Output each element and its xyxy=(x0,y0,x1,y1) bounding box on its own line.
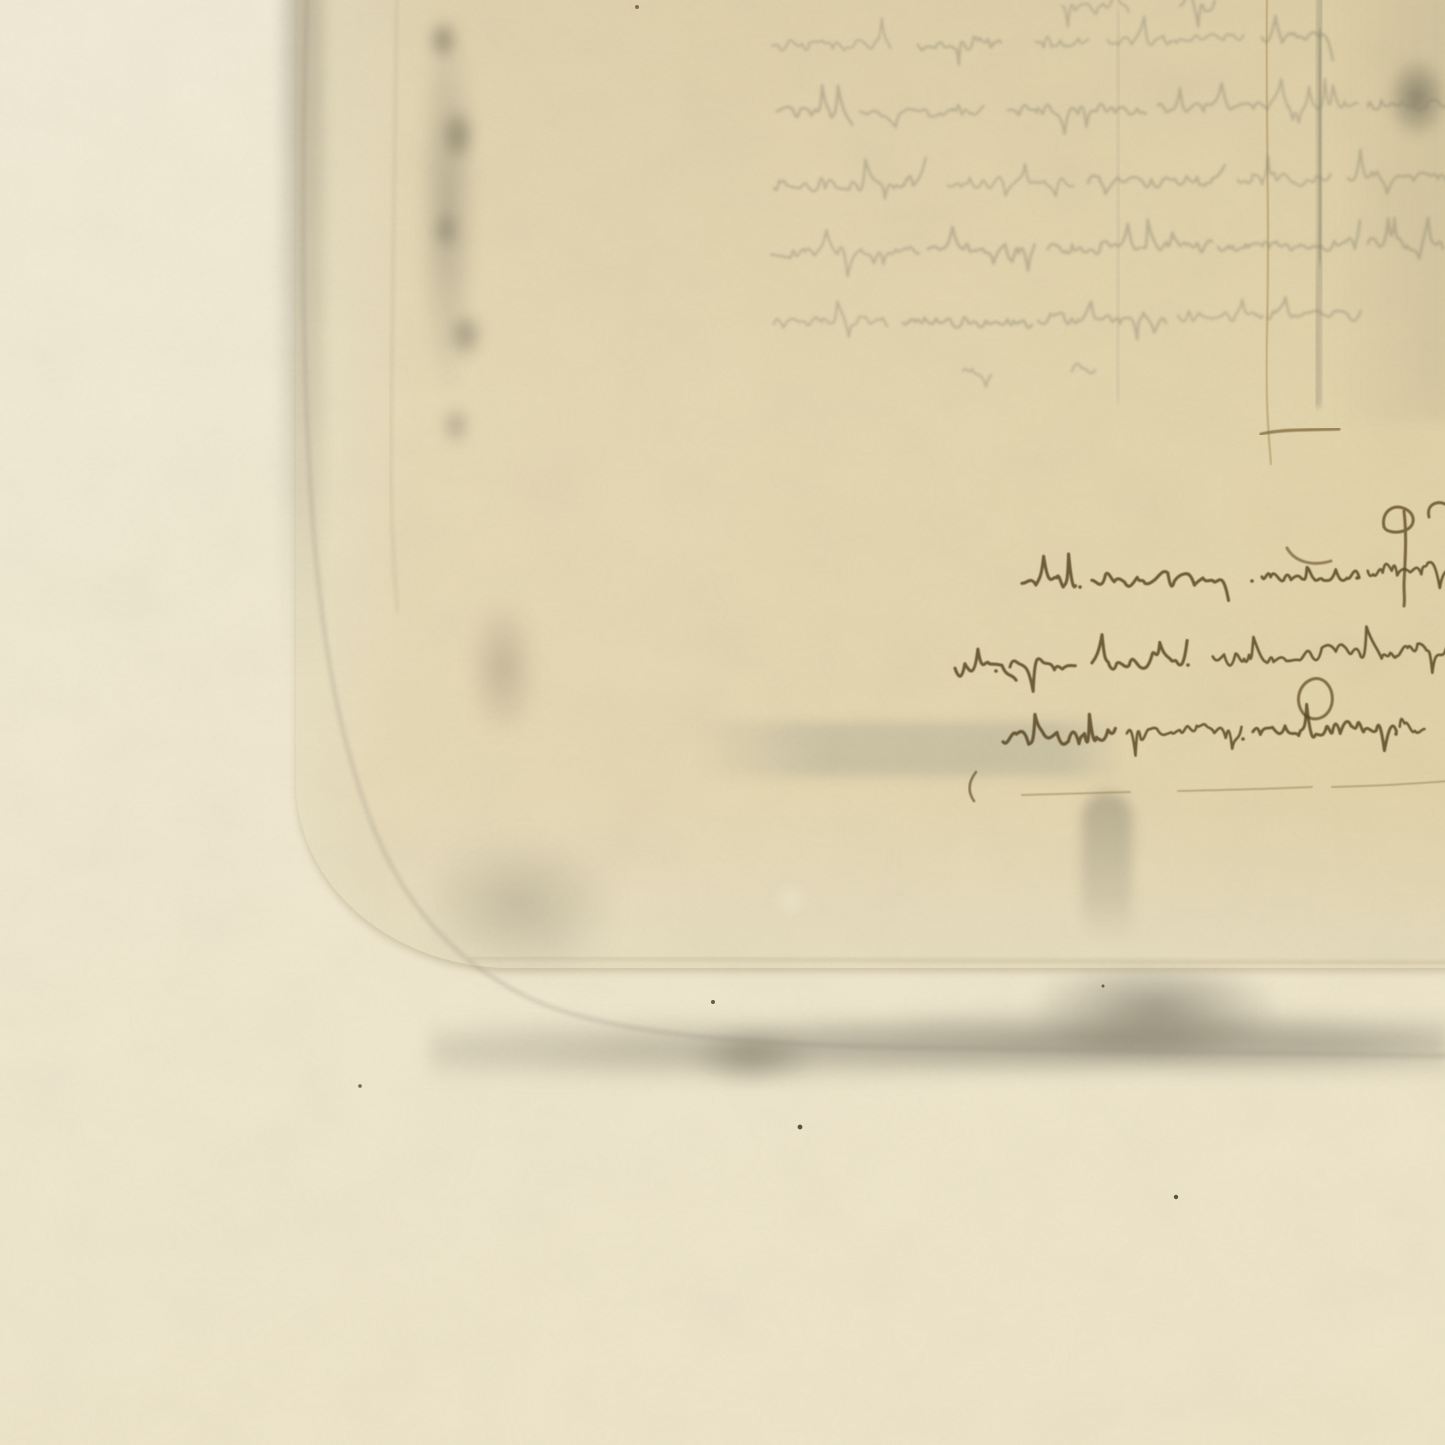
paper-speck xyxy=(358,1084,362,1088)
faint-horizontal-stain xyxy=(695,722,1125,776)
bottom-smudge-arm xyxy=(688,1026,818,1086)
manuscript-scan xyxy=(0,0,1445,1445)
pale-blemish-spot xyxy=(770,878,810,918)
left-mid-blotch xyxy=(468,598,538,738)
bottom-left-corner-smudge xyxy=(420,830,620,980)
paper-speck xyxy=(1174,1195,1178,1199)
top-right-charcoal-blob xyxy=(1386,55,1445,140)
streak-below-ink-text xyxy=(1082,792,1132,942)
left-edge-charcoal-band xyxy=(398,0,508,545)
left-margin-soft-smudge xyxy=(283,0,323,675)
paper-speck xyxy=(798,1125,803,1130)
paper-speck xyxy=(711,1000,715,1004)
bottom-smudge-hump xyxy=(985,970,1325,1080)
